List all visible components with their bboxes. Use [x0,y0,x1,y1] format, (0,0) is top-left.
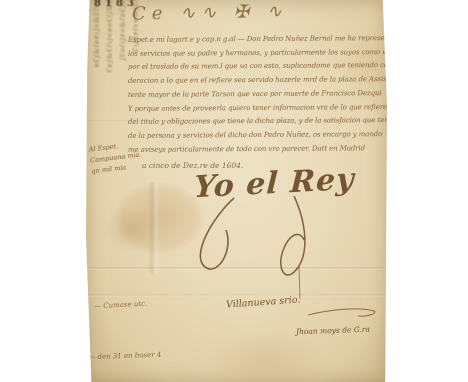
calligraphic-flourish: Ce ∿∿ ✠ ∿ [132,0,312,24]
royal-signature-flourish [182,196,332,300]
ink-bleedthrough-column: ɞſʒɑȷɱʋʑſɩȷɞʒſ [118,0,128,140]
ink-bleedthrough-column: ſɑȷʒɱʋſɩʑɞȷɱſʒɑ [92,0,102,140]
fulfillment-docket: — Cumase utc. [94,300,148,311]
letter-line: de la persona y servicios del dicho don … [128,128,384,143]
secretary-signature-flourish [308,305,378,321]
manuscript-paper: ſɑȷʒɱʋſɩʑɞȷɱſʒɑ ʑɱſȷʒɞɑʋſɩȷʒɱſɑʒ ɞſʒɑȷɱʋ… [86,0,387,382]
countersignature: Jhoan moys de G.ra [296,325,370,337]
fold-crease-vertical [148,182,160,274]
archival-corner-note: z– den 31 en boser 4 [88,351,161,362]
letter-line: tente mayor de la parte Tarson que vaco … [128,87,384,102]
letter-line: Espet.e mi lugart.e y cap.n g.al — Don P… [128,32,384,47]
letter-line: me aviseys particularmente de todo con v… [128,142,384,157]
margin-address-note: Al Espet. Campuana mia. qn mil mia [88,138,150,178]
paper-stain [104,205,159,253]
paper-stain [206,330,326,382]
ink-bleedthrough-column: ʑɱſȷʒɞɑʋſɩȷʒɱſɑʒ [105,0,115,140]
letter-body: Espet.e mi lugart.e y cap.n g.al — Don P… [128,33,384,156]
